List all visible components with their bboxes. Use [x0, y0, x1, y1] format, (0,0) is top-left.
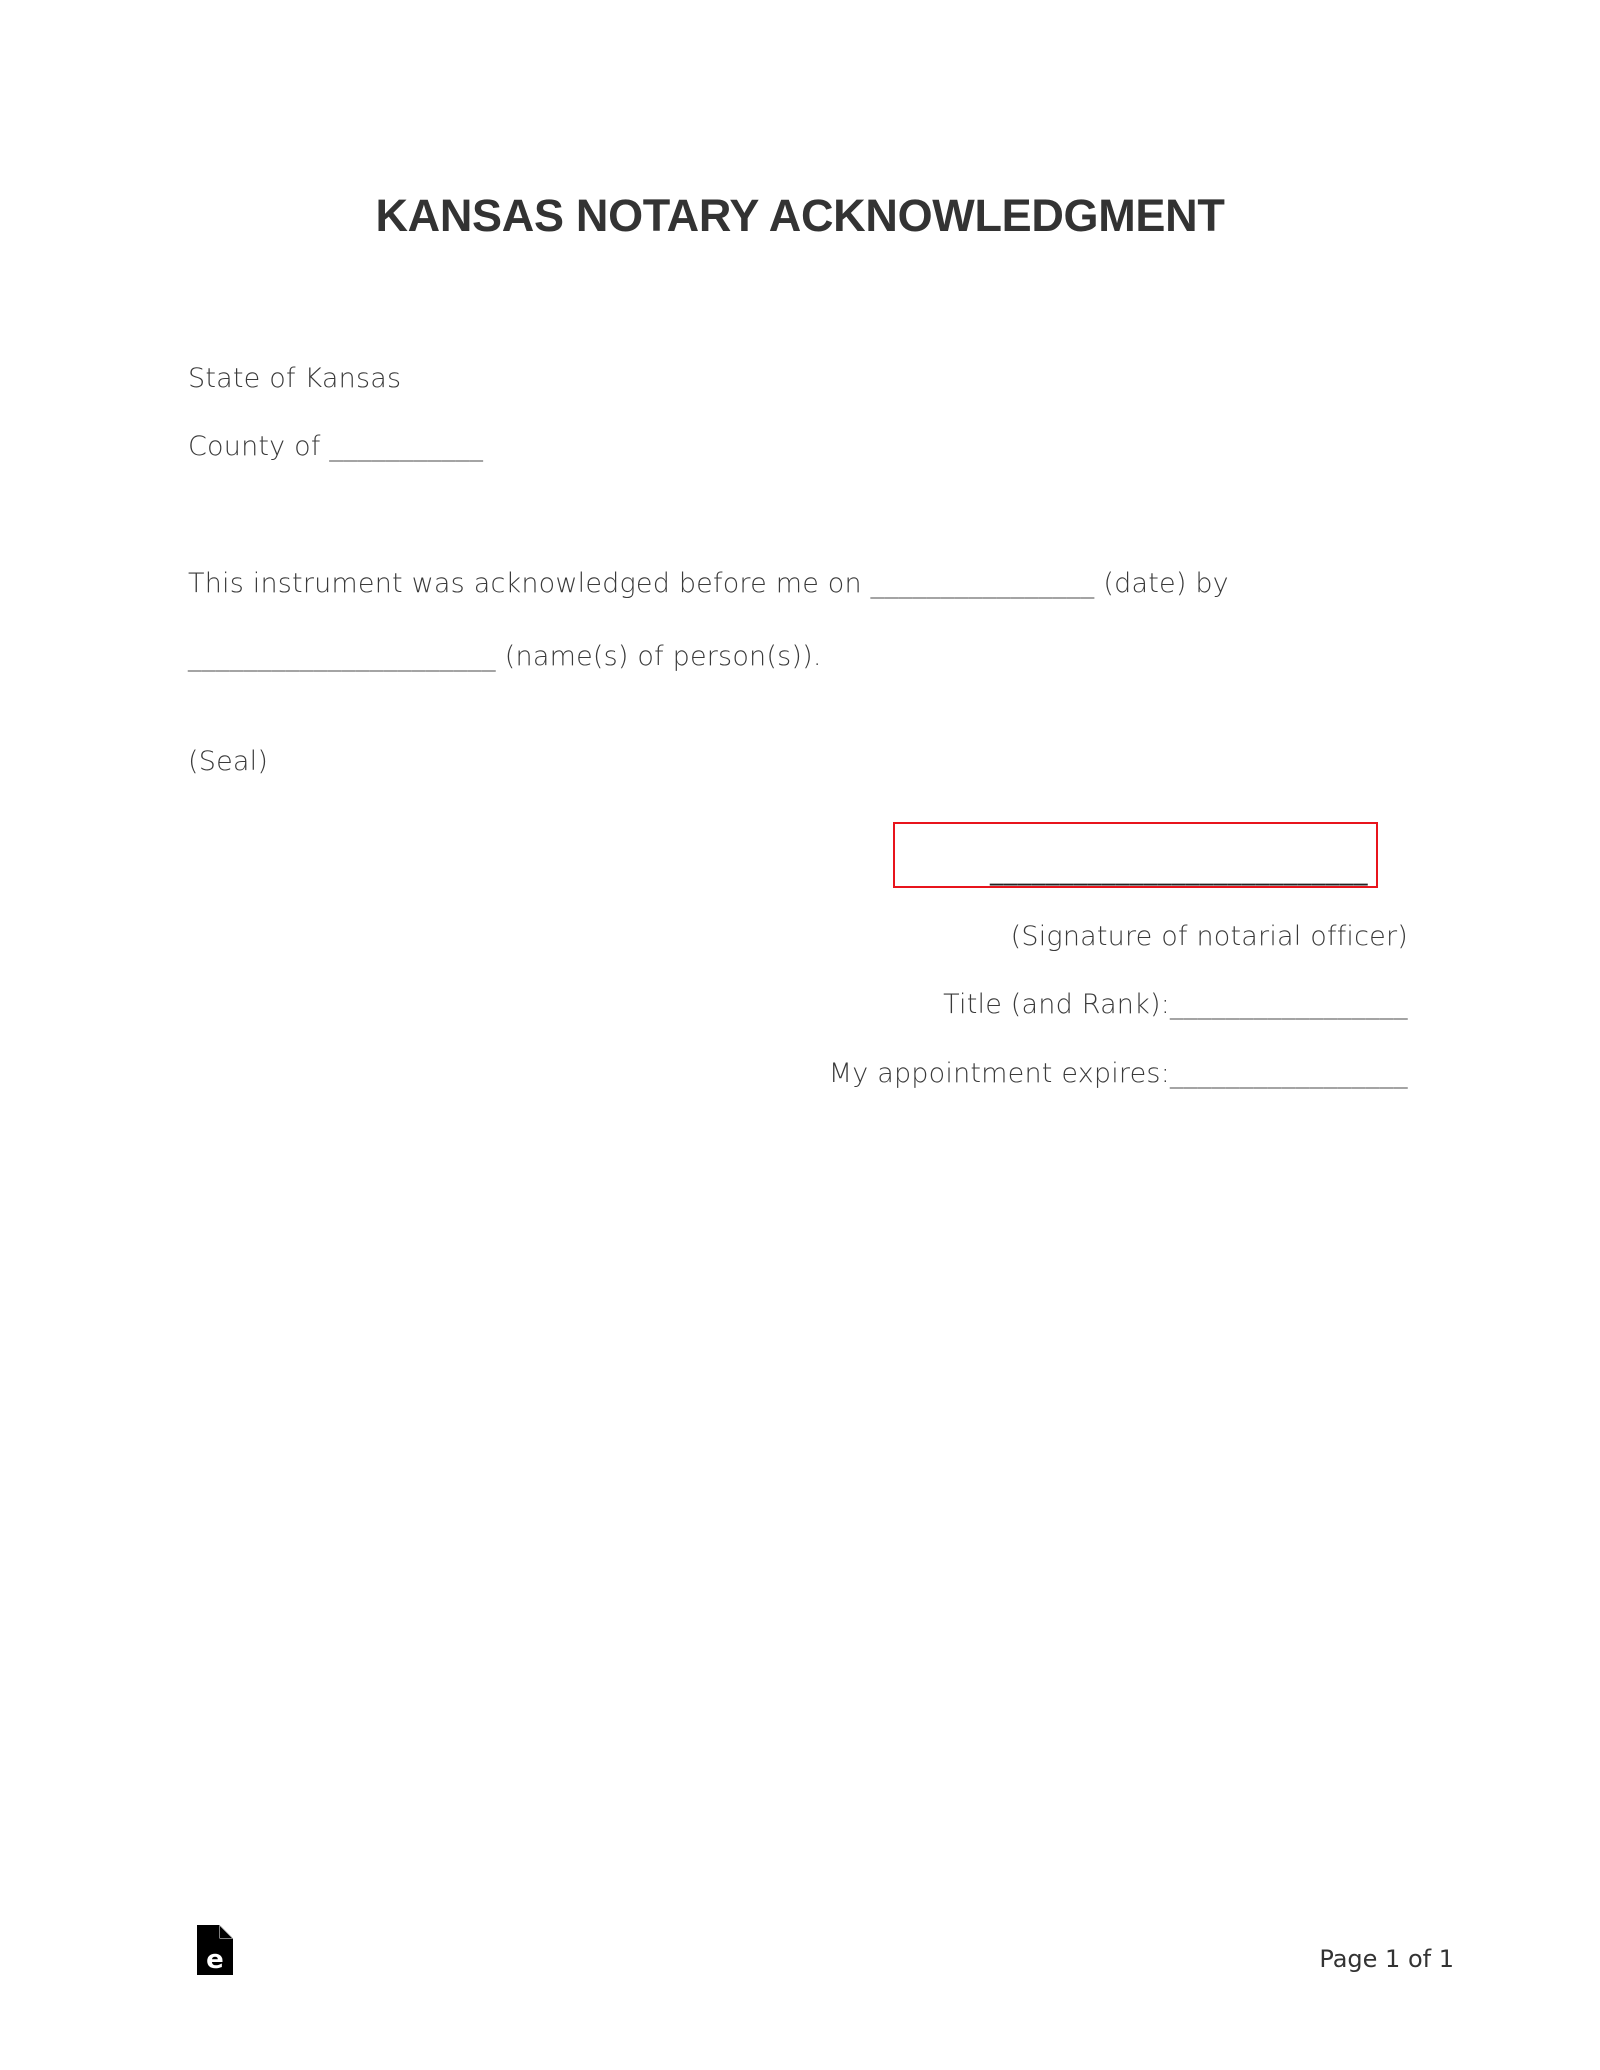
names-blank-field[interactable]: ______________________ [188, 641, 496, 672]
document-page: KANSAS NOTARY ACKNOWLEDGMENT State of Ka… [0, 0, 1600, 2070]
state-line: State of Kansas [188, 362, 401, 396]
acknowledgment-line-1: This instrument was acknowledged before … [188, 567, 1229, 601]
names-label: (name(s) of person(s)). [496, 641, 822, 672]
county-label: County of [188, 431, 329, 462]
seal-label: (Seal) [188, 745, 268, 779]
signature-highlight-box[interactable]: ___________________________ [893, 822, 1378, 888]
title-rank-line: Title (and Rank):_________________ [943, 988, 1408, 1022]
appointment-label: My appointment expires: [829, 1058, 1170, 1089]
acknowledgment-text: This instrument was acknowledged before … [188, 568, 871, 599]
title-rank-blank-field[interactable]: _________________ [1170, 989, 1408, 1020]
date-blank-field[interactable]: ________________ [871, 568, 1095, 599]
county-line: County of ___________ [188, 430, 483, 464]
appointment-blank-field[interactable]: _________________ [1170, 1058, 1408, 1089]
document-title: KANSAS NOTARY ACKNOWLEDGMENT [0, 190, 1600, 242]
title-rank-label: Title (and Rank): [943, 989, 1170, 1020]
svg-text:e: e [206, 1945, 224, 1975]
appointment-line: My appointment expires:_________________ [829, 1057, 1408, 1091]
county-blank-field[interactable]: ___________ [329, 431, 483, 462]
page-indicator: Page 1 of 1 [1319, 1944, 1454, 1974]
eforms-logo-icon: e [197, 1925, 233, 1975]
date-by-label: (date) by [1095, 568, 1229, 599]
acknowledgment-line-2: ______________________ (name(s) of perso… [188, 640, 822, 674]
signature-blank-field[interactable]: ___________________________ [990, 856, 1368, 886]
signature-caption: (Signature of notarial officer) [1011, 920, 1408, 954]
